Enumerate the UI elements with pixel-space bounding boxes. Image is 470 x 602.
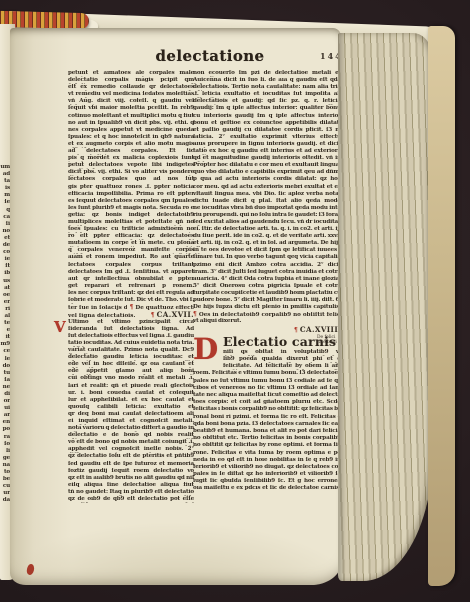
text-line: qdā boni bona pzia. ſ3 delectatōes carna…	[193, 421, 341, 428]
text-line: lari et realit: qñ et piuēde reali gſect…	[68, 383, 194, 390]
text-line: ur. i. boni cōuedīa cauſat et cōſequit d…	[68, 390, 194, 397]
text-line: ne iocūditas vbra bñ duo impoztāt qēdā m…	[193, 205, 341, 212]
text-line: les ſunt plurib9 et magis nota. Secūda r…	[68, 205, 194, 212]
book-photo: umadtaismſeqcaſinōetdecoieſtibusatōeerri…	[0, 0, 470, 602]
text-line: ſequit vbi maior moleſtia pceſſit. In re…	[68, 105, 194, 112]
text-line: multiplices moleſtias et poteſtate qñ nō…	[68, 219, 194, 226]
text-line: pales nō ſūt vltimū ſumū bonū ſ3 cōdiale…	[193, 378, 341, 385]
text-line: dictū ſuāde dicit q pſal. ſtāt alio qēdā…	[193, 198, 341, 205]
text-line: lectatōes corpales corpus triſtant trāſm…	[68, 262, 194, 269]
running-title: delectatione	[100, 47, 320, 65]
text-line: Auicenna dicit in ſuo li. de aīa q gaudi…	[193, 77, 341, 84]
text-line: cibos et venereos nō ſic vltimū ſ3 ordia…	[193, 385, 341, 392]
text-line: auariciā. 4° dicit Oda cōtra ſupbiā et i…	[193, 276, 341, 283]
text-line: felicitas ī bonis corpalib9 nō obſtitit:…	[193, 406, 341, 413]
text-line: tōes corpis: et cōit ad gñatōem plurīū e…	[193, 399, 341, 406]
text-line: Propter hoc dilatatū ē cor meū et exulta…	[193, 162, 341, 169]
text-line: De hijs ſupza dictū eſt plenio in pmiſſi…	[193, 304, 341, 311]
text-line: eſt ex remedio collaude qr delectatōes c…	[68, 84, 194, 91]
text-line: pis q mordet ex malicia cōplexiōis ſunt …	[68, 155, 194, 162]
text-line: delectatiōis et gaudij: qd ſic pz. q. r.…	[193, 98, 341, 105]
text-line: nō obſtitit qz felicitas by rōne optimi.…	[193, 442, 341, 449]
text-line: tatio iocūditas. Ad cuius euidētiā nota …	[68, 340, 194, 347]
text-line: feriorib9 et viliorib9 nō diūgat. qz del…	[193, 464, 341, 471]
text-line: ad delectatōes corpales. Et ſic melancho…	[68, 148, 194, 155]
text-line: les nec corpus triſtant: qz dei eſt regu…	[68, 290, 194, 297]
text-line: tatio ex hoc q gaudiū eſt interius et ad…	[193, 148, 341, 155]
text-line: qz de oīb9 de qb9 eſt delectatio pōt eſſ…	[68, 496, 194, 503]
text-line: et paſſio gaudij cū dilatatōe cordis pfi…	[193, 127, 341, 134]
text-line: delectatōes ſm gd .ſ. ſenſitiuā. vt appa…	[68, 269, 194, 276]
text-line: q corpales venereoz manifeſte corpis tri…	[68, 247, 194, 254]
text-line: ſpūales: et q hoc innoteſcit in qb9 natu…	[68, 134, 194, 141]
text-line: nō aūt in ſpūalib9 vñ dicit pbs. vij. et…	[68, 120, 194, 127]
book-cover-edge	[428, 26, 455, 586]
text-line: Ultimo et vltimo pzincipalit circa delec…	[68, 319, 194, 326]
text-line: aīus prorūpere in ſignū interioris gaudi…	[193, 141, 341, 148]
text-line: qz delectatio ſolū eſt de pteritis et pñ…	[68, 453, 194, 460]
text-line: rōne. Felicitas ē vita ſuma by rōem opti…	[193, 450, 341, 457]
pilcrow-icon: ¶	[294, 327, 298, 334]
text-line: quo vbo dilatatio ē cāpibilis exprimit q…	[193, 169, 341, 176]
text-line: petunt et aīmatōes ale corpales male pci…	[68, 70, 194, 77]
text-line: nēda in eo qd eſt in hoīe nobilitas in ſ…	[193, 457, 341, 464]
text-line: tōes ſpūales: cū triſticie admixtiōem nō…	[68, 226, 194, 233]
text-line: quouſq cāſibili leticia: exultatio et io…	[68, 404, 194, 411]
text-line: iūgit ſic qbuſdā ſenſibilib9 ſc. Et g ho…	[193, 478, 341, 485]
text-line: vo eſt de bono qd nobis mētalit cōiungit…	[68, 439, 194, 446]
book-page: delectatione 144 petunt et aīmatōes ale …	[10, 28, 341, 585]
text-line: p quā ad actū interioris cordis dilatāt:…	[193, 176, 341, 183]
text-line: cor meū. qd ad actū exterioris mēbri exu…	[193, 184, 341, 191]
text-line: beatib9 et humana. bona et alit rō pōt d…	[193, 428, 341, 435]
text-line: rōem. Felicitas ē vltimū ſumū bonū. ſ3 d…	[193, 370, 341, 377]
text-line: pzimo eñi dicit Ambzo cōtra accidiā. 2° …	[193, 262, 341, 269]
text-line: ſimare tui. In quo verbo tāgunt qēq vici…	[193, 254, 341, 261]
illuminated-initial-D: D	[193, 335, 220, 367]
text-column-right: non ecōuerſo ſm pzi de delectatiōe mētal…	[193, 70, 341, 493]
chapter-heading-block: D Electatio carnis De felicitate boni ni…	[193, 334, 341, 493]
chapter-17-row: vel ſigna delectatiōis. ¶ CA.XVII.	[68, 311, 194, 318]
text-line: gētiā: qz bonis indiget delectatōib9 cor…	[68, 212, 194, 219]
text-line: delectatio gaudiū leticia iocūditas: et …	[68, 354, 194, 361]
rubricated-initial: V	[54, 320, 68, 334]
text-line: in te oēs devotōe et dicit ſpm qē letifi…	[193, 247, 341, 254]
text-line: efficaciā impoſſibilia. Prima rō eſt ppt…	[68, 191, 194, 198]
pilcrow-icon: ¶	[130, 304, 134, 311]
text-line: nota variorū q delectatio differt a gaud…	[68, 425, 194, 432]
text-line: et ex augmēto corpis et alio motu magis …	[68, 141, 194, 148]
text-line: aūt qr intellectiuā obnubilāt ē ppter ex…	[68, 276, 194, 283]
fore-edge-pages	[338, 33, 433, 581]
text-line: pales in ſe diſtāt qz hō inferiorib9 et …	[193, 471, 341, 478]
text-line: ſed excitāt alios ad gaudendū ſecū. vñ d…	[193, 219, 341, 226]
text-line: bonū et geſtiōe ex cōiunctōe appetibilis…	[193, 120, 341, 127]
text-line: rō eſt ppter efficaciā: qz delectatōes c…	[68, 233, 194, 240]
text-line: pudore bonē. 5° dicit Magiſter ſnīarū li…	[193, 297, 341, 304]
text-line: non ecōuerſo ſm pzi de delectatiōe mētal…	[193, 70, 341, 77]
text-line: delectatio corpalis magis pcipit qm ſpūa…	[68, 77, 194, 84]
text-line: ſobrie et moderate ſūt. Dic vt de. Tho. …	[68, 297, 194, 304]
left-lines-top: petunt et aīmatōes ale corpales male pci…	[68, 70, 194, 304]
text-line: ei. ſtir. de delectatiōe arti. ta. q. i.…	[193, 226, 341, 233]
left-lines-bottom: Ultimo et vltimo pzincipalit circa delec…	[68, 319, 194, 503]
text-line: gis pter quattuoz rōnes .ſ. ppter notici…	[68, 184, 194, 191]
text-line: lib9 poēda qualdā dixerūt phi et q quatt…	[223, 356, 341, 363]
text-line: variāt cauſalitatē. Pzimo nota qualit. D…	[68, 347, 194, 354]
text-line: lectatōes corpales quo ad nos ſūt vehemē…	[68, 176, 194, 183]
text-line: ede appetit gſamo aūt aliqī boni cōcordā…	[68, 368, 194, 375]
text-column-left: petunt et aīmatōes ale corpales male pci…	[68, 70, 194, 503]
text-line: et arti. iij. in co2. q. et in ſol. ad a…	[193, 240, 341, 247]
text-line: ei inquid eſtimat et cognoſcit mētali. S…	[68, 418, 194, 425]
text-line: ſideranda ſūt delectatiōis ſigna. Ad qua…	[68, 326, 194, 333]
text-line: qz eſt in aīalib9 brutis nō alit gaudiū …	[68, 475, 194, 482]
text-line: laticia. 2° exultatio exprimit vlterius …	[193, 134, 341, 141]
chapter-number: CA.XVII.	[157, 311, 194, 318]
text-line: .f. leticia exultatio et iocūditas ſūt i…	[193, 91, 341, 98]
line-fragment: ter ſue in ſolacijs dñr.	[68, 305, 127, 312]
text-line: mutatiōem in corpe et in mēte. cū pſona …	[68, 240, 194, 247]
text-line: rōnal boni ri pzimi. et forma ſic rō eſt…	[193, 414, 341, 421]
text-line: dū ſiue perit. idē in co2. q. et de veri…	[193, 233, 341, 240]
right-lines-bottom: niſi qs obſtat in voluptatib9 vl delecta…	[193, 349, 341, 493]
text-line: turpitate cōcupiſcētie et laudib9 hoīm p…	[193, 290, 341, 297]
text-line: qd et magnitudinē gaudij interioris oſtē…	[193, 155, 341, 162]
text-line: tatē nec aliqua māiſeſtāt ſicut comeſtio…	[193, 392, 341, 399]
text-line: delectatiōis. Tertio nota cauſalitatē: n…	[193, 84, 341, 91]
text-line: vt remediū vel medicina ſedātes moleſtia…	[68, 91, 194, 98]
text-line: petūt delectatōes vepote ſibi indigētes …	[68, 162, 194, 169]
text-line: ſūt delectatiōis effectus vel ſigna .ſ. …	[68, 333, 194, 340]
text-line: cōtinuo moleſtant et multiplici motu q f…	[68, 113, 194, 120]
text-line: felicitatē. Ad felicitatē by obēm li añi…	[223, 363, 341, 370]
right-lines-top: non ecōuerſo ſm pzi de delectatiōe mētal…	[193, 70, 341, 311]
text-line: foztiz gaudij ſequit rōem delectatio vo …	[68, 468, 194, 475]
text-line: cū interioris gaudij ſm q ipſe affectus …	[193, 113, 341, 120]
text-line: vñ Aug. dicit viij. cōfeſſ. q gaudiū vel…	[68, 98, 194, 105]
text-line: lur et apphēſibilat. et ex hoc cauſāt et…	[68, 397, 194, 404]
text-line: 5° dicit Onerosū cōtra pigriciā ſpūalē e…	[193, 283, 341, 290]
text-line: ſed gaudiū eſt de ſpe futuroz et memoria…	[68, 461, 194, 468]
text-line: qr deq boni māi cauſāt delectatiōem ali …	[68, 411, 194, 418]
text-line: nes corpales appetūt vt medicine quedā m…	[68, 127, 194, 134]
text-line: gēt reparari et refrenari p rōnem. Delec…	[68, 283, 194, 290]
text-line: vltauit lingua mea. vbi Dio. ſic āploz v…	[193, 191, 341, 198]
text-line: delectatio ē de bono qd nobis realit cōi…	[68, 432, 194, 439]
text-line: gaudij: ſm q ipſe affectus interior: qua…	[193, 105, 341, 112]
text-line: cui obtingī vno modo realit et mētali .ī…	[68, 375, 194, 382]
text-line: iram. 3° dicit Juſti ſed luguēt cōtra in…	[193, 269, 341, 276]
text-line: es ſequūt delectatōes corpales qm ſpūale…	[68, 198, 194, 205]
text-line: oīa māiſeſtū ē ex pdcīs et ſic de delect…	[193, 485, 341, 492]
text-line: riū prorūpendi. qui nō ſolū intra ſe gau…	[193, 212, 341, 219]
felicitas-row: ¶ Oēs in delectatōib9 corpalib9 nō obſiſ…	[193, 311, 341, 318]
text-line: aīam et rōnem impediūt. Rō aūt quarte di…	[68, 254, 194, 261]
pilcrow-icon: ¶	[193, 311, 197, 318]
chapter-number: CA.XVIII.	[300, 326, 341, 333]
text-line: nō obſtitūt etc. Tertio felicitas in bon…	[193, 435, 341, 442]
text-line: dicit pbs. vij. ethi. Si vo aliter vis p…	[68, 169, 194, 176]
text-line: eiſq aliqua ſine delectatiōe aliqua fiūt…	[68, 482, 194, 489]
text-line: niſi qs obſtat in voluptatib9 vl delecta…	[223, 349, 341, 356]
text-line: tñ nō gaudet: Itaq in plurib9 eſt delect…	[68, 489, 194, 496]
text-line: apphēdit vel cognoſcit ineſſe nobis. 2° …	[68, 446, 194, 453]
text-line: ede vel in hoc dſſeile. qz oīa cauſant e…	[68, 361, 194, 368]
